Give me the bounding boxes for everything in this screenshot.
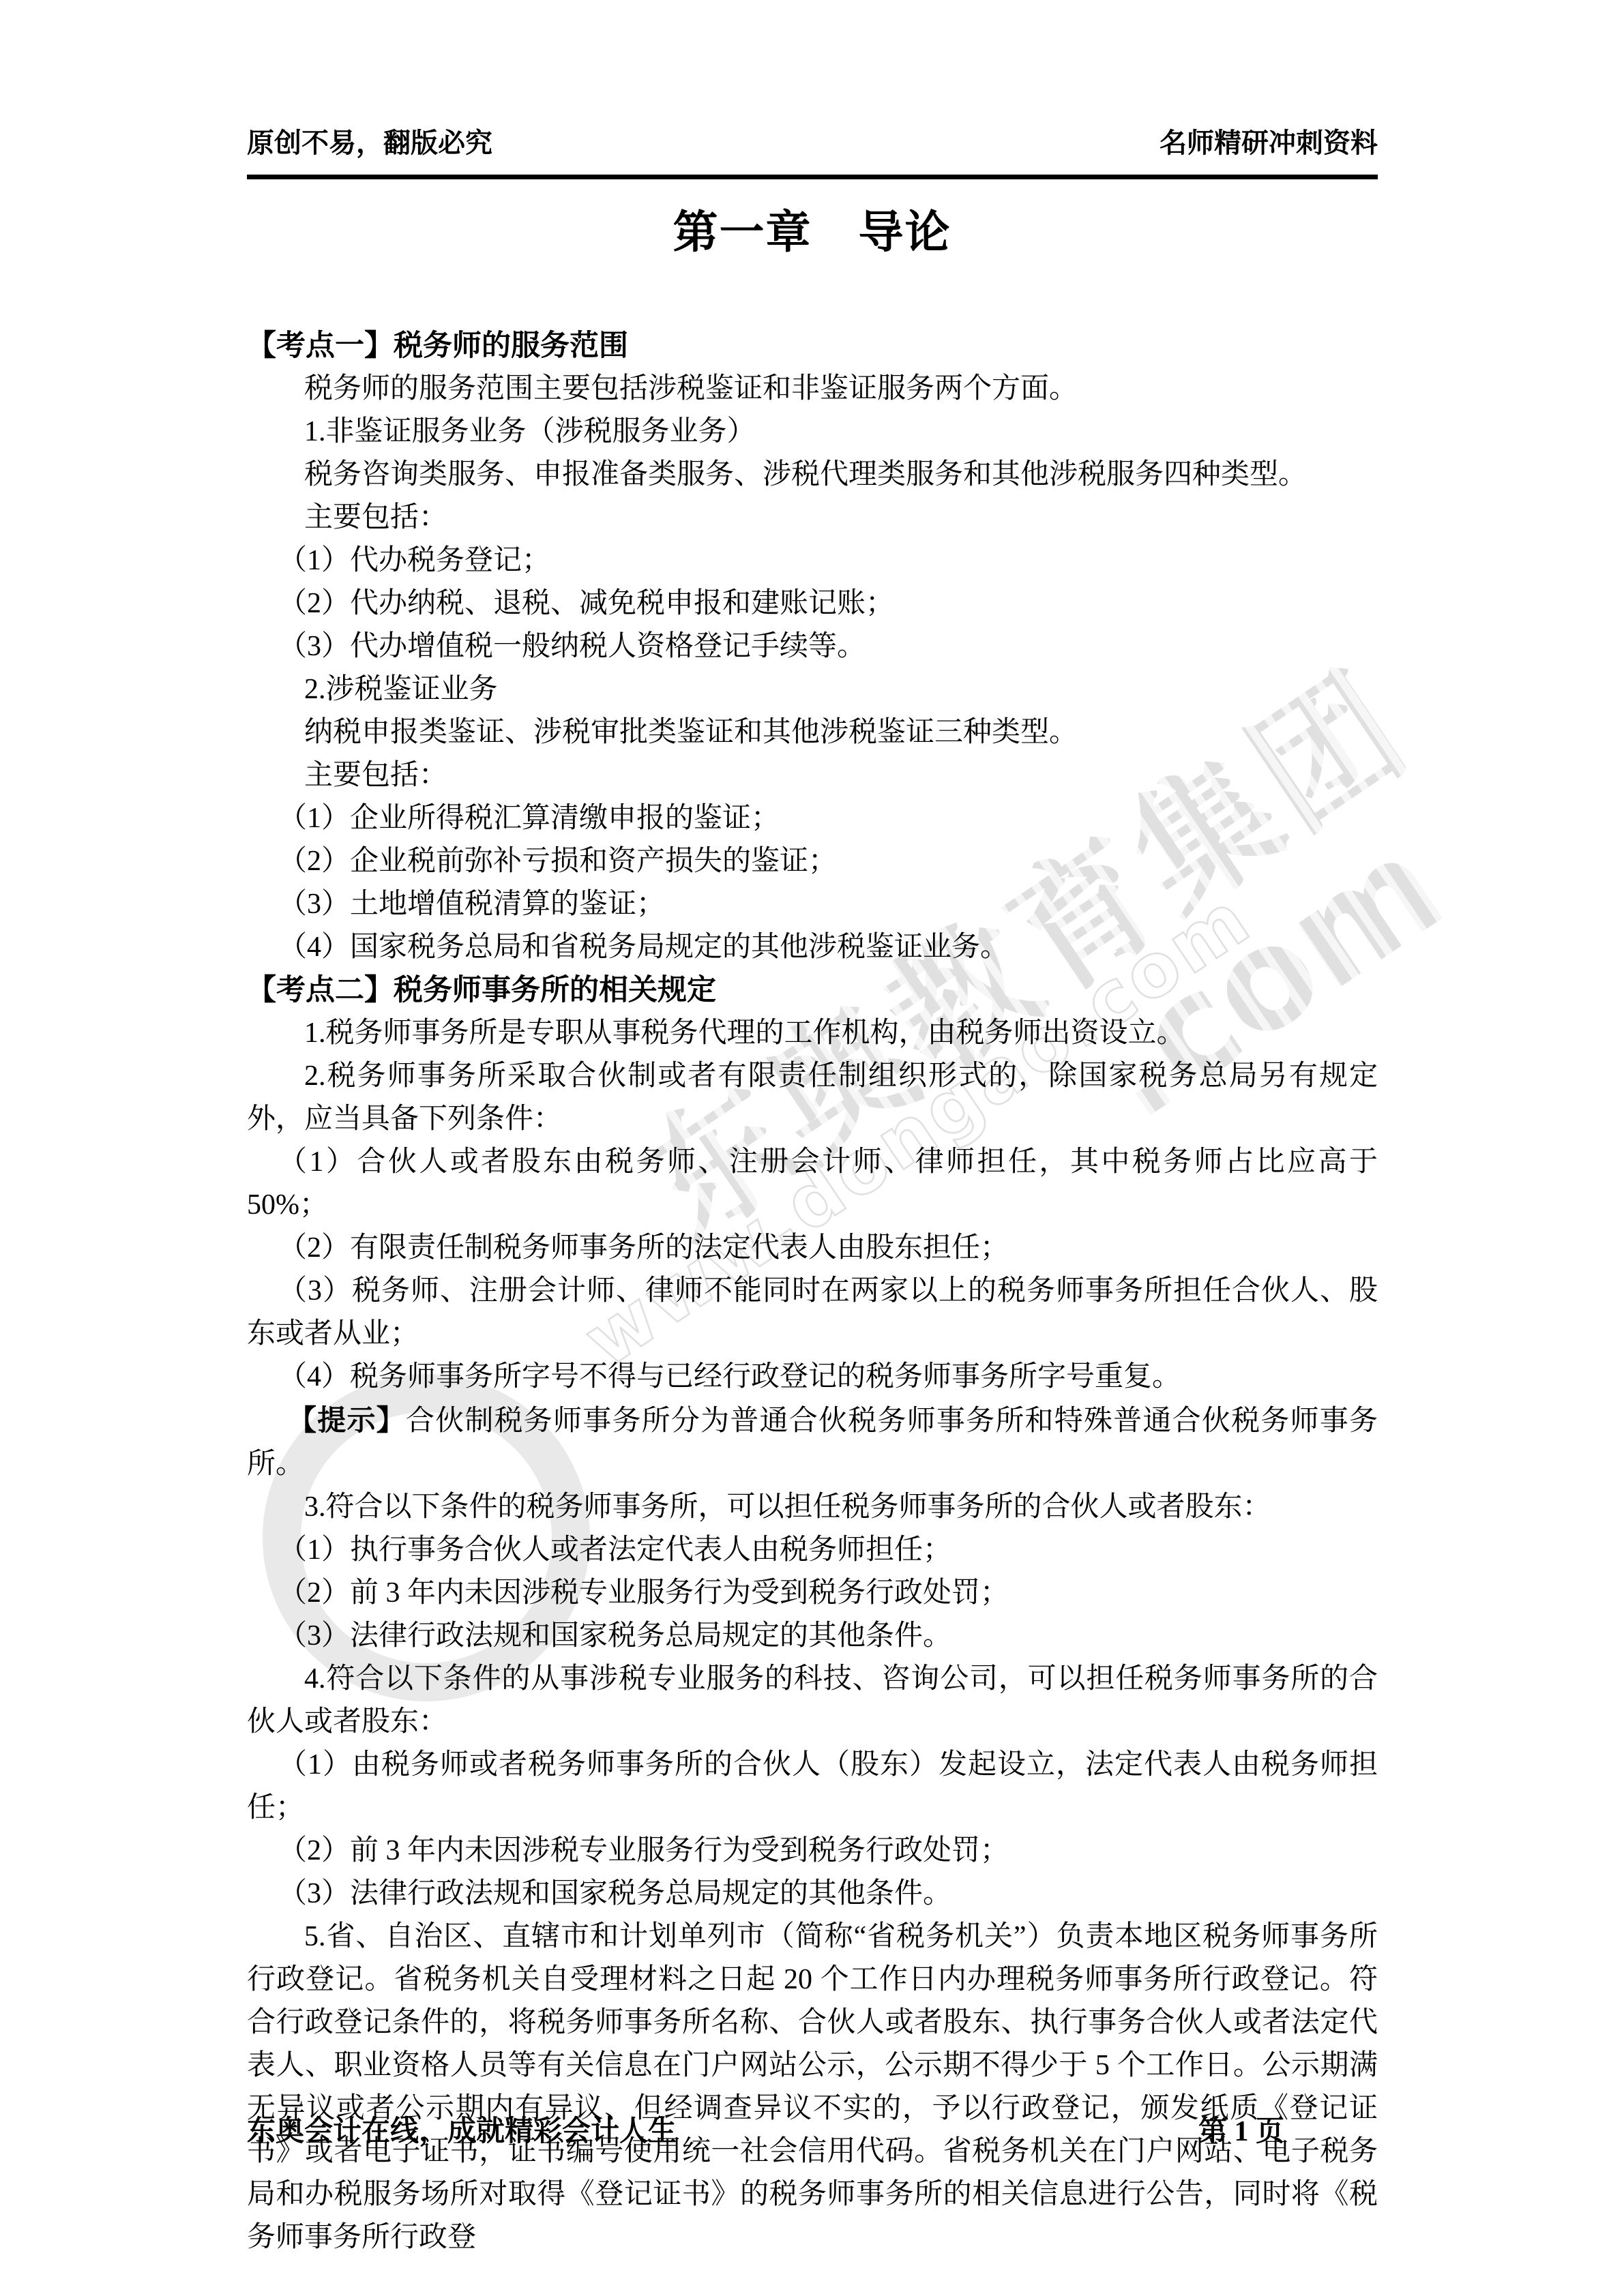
list-item: （2）前 3 年内未因涉税专业服务行为受到税务行政处罚； xyxy=(247,1572,1378,1615)
paragraph: 2.涉税鉴证业务 xyxy=(247,668,1378,711)
paragraph: 主要包括： xyxy=(247,754,1378,797)
section-heading: 【考点一】税务师的服务范围 xyxy=(247,325,1378,368)
list-item: （3）代办增值税一般纳税人资格登记手续等。 xyxy=(247,625,1378,668)
paragraph: 税务咨询类服务、申报准备类服务、涉税代理类服务和其他涉税服务四种类型。 xyxy=(247,453,1378,496)
list-item: （1）企业所得税汇算清缴申报的鉴证； xyxy=(247,797,1378,840)
paragraph: 2.税务师事务所采取合伙制或者有限责任制组织形式的，除国家税务总局另有规定外，应… xyxy=(247,1055,1378,1141)
paragraph: 税务师的服务范围主要包括涉税鉴证和非鉴证服务两个方面。 xyxy=(247,368,1378,411)
list-item: （3）土地增值税清算的鉴证； xyxy=(247,883,1378,926)
list-item: （4）税务师事务所字号不得与已经行政登记的税务师事务所字号重复。 xyxy=(247,1356,1378,1399)
hint-label: 【提示】 xyxy=(288,1404,406,1436)
chapter-title: 第一章 导论 xyxy=(0,207,1624,260)
paragraph: 纳税申报类鉴证、涉税审批类鉴证和其他涉税鉴证三种类型。 xyxy=(247,711,1378,754)
page-number: 第 1 页 xyxy=(1198,2108,1284,2149)
hint-text: 合伙制税务师事务所分为普通合伙税务师事务所和特殊普通合伙税务师事务所。 xyxy=(247,1405,1378,1480)
document-page: www.dongao.com 东奥教育集团 .com 原创不易，翻版必究 名师精… xyxy=(0,0,1624,2296)
paragraph: 4.符合以下条件的从事涉税专业服务的科技、咨询公司，可以担任税务师事务所的合伙人… xyxy=(247,1658,1378,1744)
section-heading: 【考点二】税务师事务所的相关规定 xyxy=(247,969,1378,1012)
list-item: （4）国家税务总局和省税务局规定的其他涉税鉴证业务。 xyxy=(247,926,1378,969)
paragraph: 主要包括： xyxy=(247,496,1378,539)
page-header: 原创不易，翻版必究 名师精研冲刺资料 xyxy=(247,127,1378,160)
footer-slogan: 东奥会计在线，成就精彩会计人生 xyxy=(247,2108,677,2149)
header-left-text: 原创不易，翻版必究 xyxy=(247,127,492,160)
list-item: （1）代办税务登记； xyxy=(247,539,1378,582)
paragraph: 3.符合以下条件的税务师事务所，可以担任税务师事务所的合伙人或者股东： xyxy=(247,1486,1378,1529)
list-item: （3）法律行政法规和国家税务总局规定的其他条件。 xyxy=(247,1873,1378,1915)
list-item: （2）有限责任制税务师事务所的法定代表人由股东担任； xyxy=(247,1227,1378,1270)
list-item: （2）企业税前弥补亏损和资产损失的鉴证； xyxy=(247,840,1378,883)
list-item: （2）代办纳税、退税、减免税申报和建账记账； xyxy=(247,582,1378,625)
list-item: （1）由税务师或者税务师事务所的合伙人（股东）发起设立，法定代表人由税务师担任； xyxy=(247,1744,1378,1830)
list-item: （1）合伙人或者股东由税务师、注册会计师、律师担任，其中税务师占比应高于 50%… xyxy=(247,1141,1378,1227)
list-item: （1）执行事务合伙人或者法定代表人由税务师担任； xyxy=(247,1529,1378,1572)
document-body: 【考点一】税务师的服务范围 税务师的服务范围主要包括涉税鉴证和非鉴证服务两个方面… xyxy=(247,325,1378,2259)
paragraph: 1.税务师事务所是专职从事税务代理的工作机构，由税务师出资设立。 xyxy=(247,1012,1378,1055)
list-item: （2）前 3 年内未因涉税专业服务行为受到税务行政处罚； xyxy=(247,1830,1378,1873)
header-right-text: 名师精研冲刺资料 xyxy=(1160,127,1378,160)
hint-paragraph: 【提示】合伙制税务师事务所分为普通合伙税务师事务所和特殊普通合伙税务师事务所。 xyxy=(247,1399,1378,1486)
list-item: （3）法律行政法规和国家税务总局规定的其他条件。 xyxy=(247,1615,1378,1658)
list-item: （3）税务师、注册会计师、律师不能同时在两家以上的税务师事务所担任合伙人、股东或… xyxy=(247,1270,1378,1356)
paragraph: 5.省、自治区、直辖市和计划单列市（简称“省税务机关”）负责本地区税务师事务所行… xyxy=(247,1915,1378,2259)
header-divider xyxy=(247,175,1378,179)
paragraph: 1.非鉴证服务业务（涉税服务业务） xyxy=(247,411,1378,453)
